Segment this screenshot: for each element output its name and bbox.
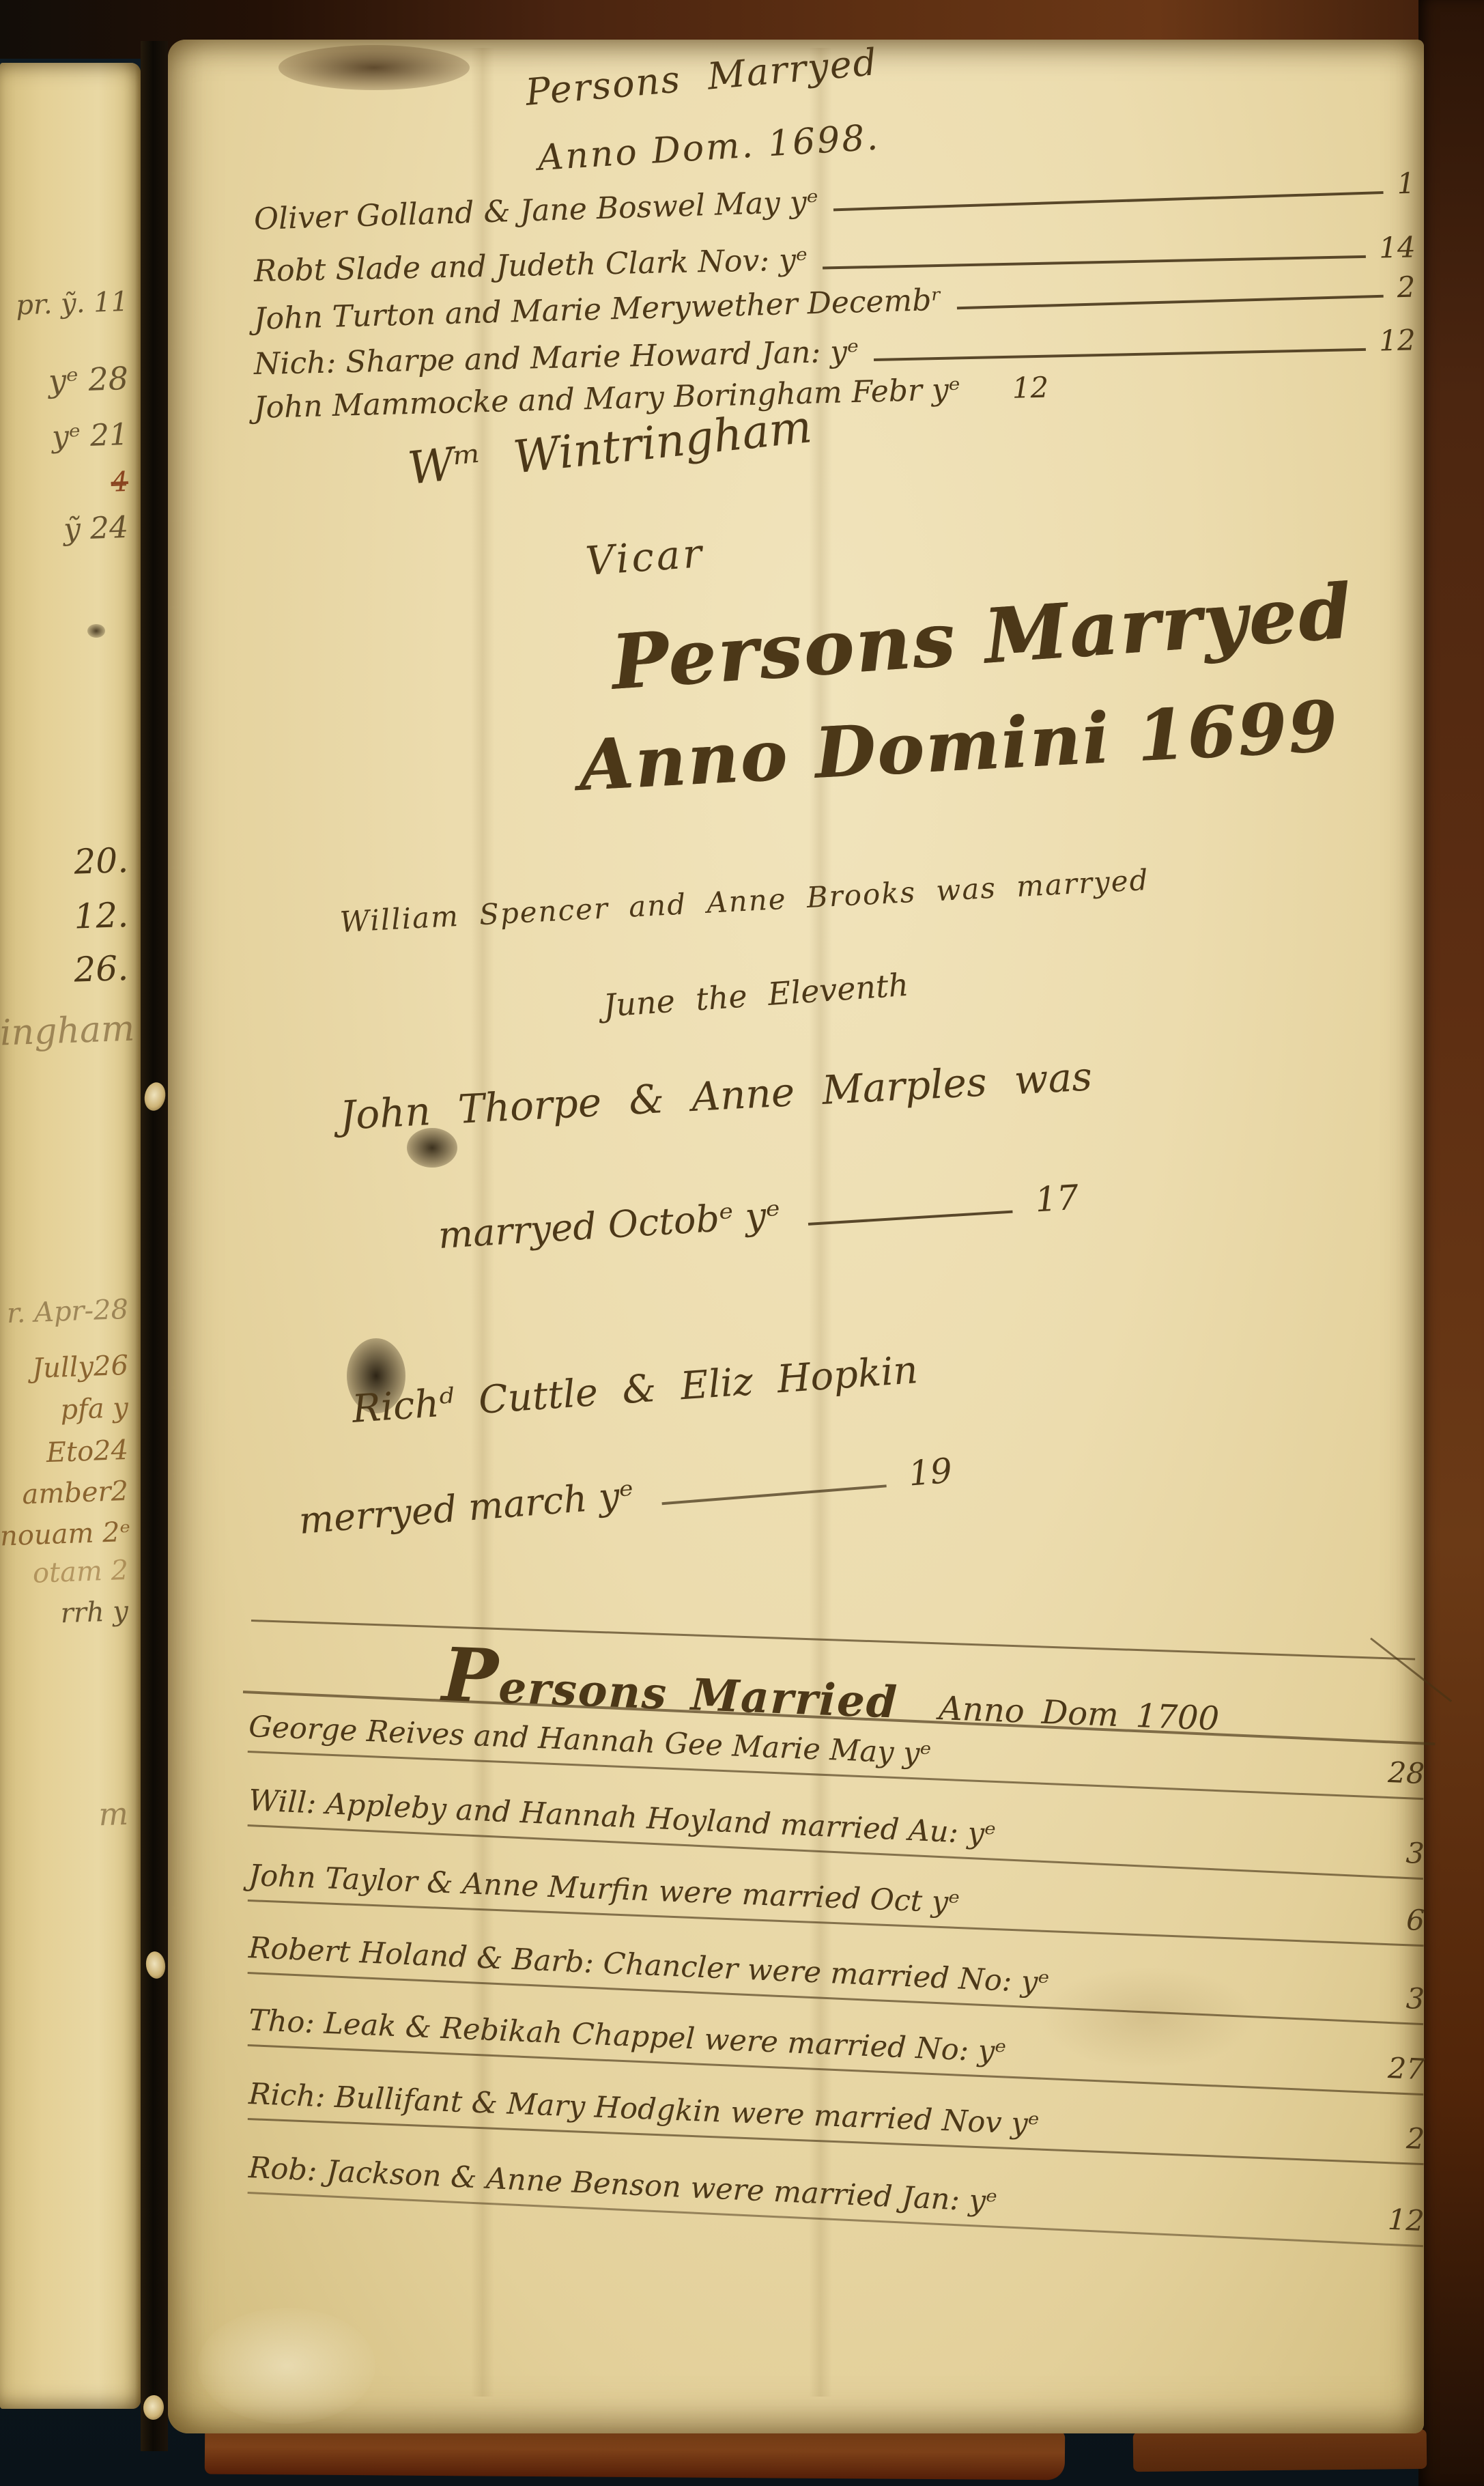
entry-rule-line: [975, 395, 999, 399]
entry-day-number: 17: [1034, 1178, 1080, 1220]
entry-day-number: 6: [1405, 1903, 1425, 1937]
left-page-fragment: 20.: [0, 841, 136, 885]
left-page-fragment: Eto24: [0, 1435, 136, 1471]
entry-day-number: 19: [907, 1451, 954, 1494]
left-page-fragment: ingham: [0, 1008, 136, 1054]
left-page-fragment: pr. ỹ. 11: [0, 286, 136, 322]
entry-rule-line: [957, 295, 1384, 309]
left-page-fragment: nouam 2ᵉ: [0, 1516, 136, 1553]
left-page-fragment: 12.: [0, 895, 136, 940]
section-year-1700: Anno Dom 1700: [938, 1689, 1220, 1738]
entry-day-number: 3: [1405, 1836, 1425, 1870]
entry-rule-line: [823, 255, 1365, 270]
entry-rule-line: [808, 1211, 1013, 1226]
entry-rule-line: [874, 348, 1365, 361]
left-page-fragment: rrh y: [0, 1596, 136, 1632]
entry-day-number: 3: [1405, 1981, 1425, 2016]
entry-day-number: 14: [1379, 230, 1416, 264]
left-page-fragment: 26.: [0, 948, 136, 993]
entry-rule-line: [995, 1844, 1396, 1863]
left-page-fragment: m: [0, 1795, 136, 1837]
entry-rule-line: [997, 2212, 1378, 2229]
book-gutter: [141, 41, 168, 2451]
entry-rule-line: [959, 1912, 1397, 1930]
entry-day-number: 2: [1397, 270, 1416, 304]
left-page-fragment: pfa y: [0, 1392, 136, 1428]
vicar-title: Vicar: [584, 530, 707, 584]
entry-day-number: 12: [1012, 371, 1049, 405]
entry-day-number: 1: [1397, 167, 1416, 201]
book-scan: { "document": { "type": "parish-marriage…: [0, 0, 1484, 2486]
entry-day-number: 12: [1387, 2203, 1425, 2237]
left-page-fragment: ỹ 24: [0, 510, 136, 550]
entry-day-number: 2: [1405, 2121, 1425, 2156]
left-page-fragment: amber2: [0, 1475, 136, 1512]
entry-day-number: 28: [1387, 1755, 1425, 1790]
left-page-fragment-struck: 4: [0, 466, 136, 503]
left-page-fragment: yᵉ 21: [0, 417, 136, 457]
ink-speck: [87, 624, 105, 638]
leather-binding-bottom-right: [1133, 2429, 1427, 2472]
entry-rule-line: [930, 1764, 1378, 1781]
left-page-fragment: Jully26: [0, 1350, 136, 1386]
entry-day-number: 27: [1387, 2051, 1425, 2086]
entry-rule-line: [1048, 1992, 1396, 2007]
entry-day-number: 12: [1379, 323, 1416, 357]
left-page-fragment: r. Apr-28: [0, 1294, 136, 1330]
left-page-edge: pr. ỹ. 11 yᵉ 28 yᵉ 21 4 ỹ 24 20. 12. 26.…: [0, 63, 141, 2409]
entry-rule-line: [1005, 2061, 1378, 2077]
left-page-fragment: yᵉ 28: [0, 360, 136, 401]
entry-rule-line: [1039, 2134, 1397, 2147]
left-page-fragment: otam 2: [0, 1555, 136, 1591]
leather-binding-right: [1418, 0, 1484, 2486]
